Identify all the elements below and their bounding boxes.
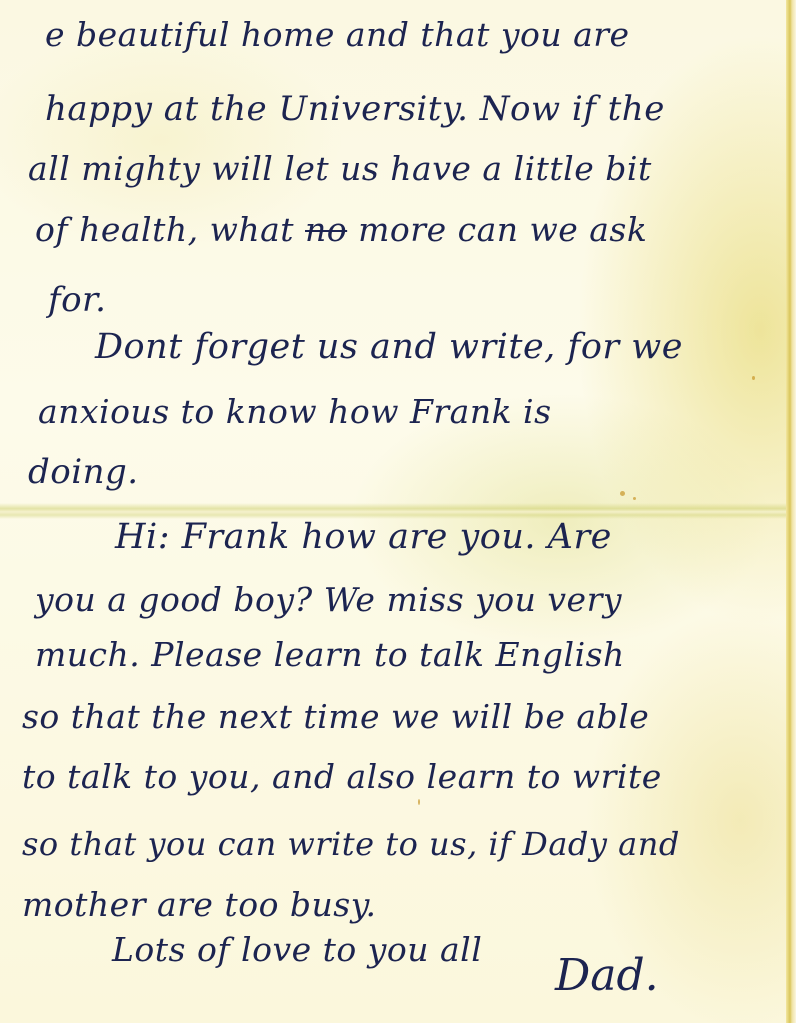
closing-line: Lots of love to you all — [112, 933, 482, 966]
paper-edge — [786, 0, 796, 1023]
letter-line: to talk to you, and also learn to write — [22, 760, 662, 793]
letter-line: happy at the University. Now if the — [45, 92, 665, 126]
ink-spot — [752, 376, 755, 380]
letter-line: anxious to know how Frank is — [38, 395, 552, 428]
letter-line: for. — [48, 283, 106, 317]
letter-text: of health, what — [35, 210, 305, 249]
letter-line: much. Please learn to talk English — [35, 638, 625, 671]
letter-text: more can we ask — [347, 210, 647, 249]
ink-spot — [418, 799, 420, 805]
signature: Dad. — [555, 950, 659, 1001]
letter-line: e beautiful home and that you are — [45, 18, 630, 51]
letter-line: doing. — [28, 455, 139, 489]
letter-line: Hi: Frank how are you. Are — [115, 520, 612, 555]
ink-spot — [633, 497, 636, 500]
letter-page: e beautiful home and that you are happy … — [0, 0, 796, 1023]
ink-spot — [620, 491, 625, 496]
letter-line: you a good boy? We miss you very — [35, 583, 622, 616]
letter-line: so that you can write to us, if Dady and — [22, 828, 680, 860]
letter-line: of health, what no more can we ask — [35, 213, 647, 246]
letter-line: Dont forget us and write, for we — [95, 330, 683, 365]
letter-line: so that the next time we will be able — [22, 700, 649, 733]
struck-text: no — [305, 210, 347, 249]
letter-line: mother are too busy. — [22, 888, 377, 921]
letter-line: all mighty will let us have a little bit — [28, 152, 652, 185]
